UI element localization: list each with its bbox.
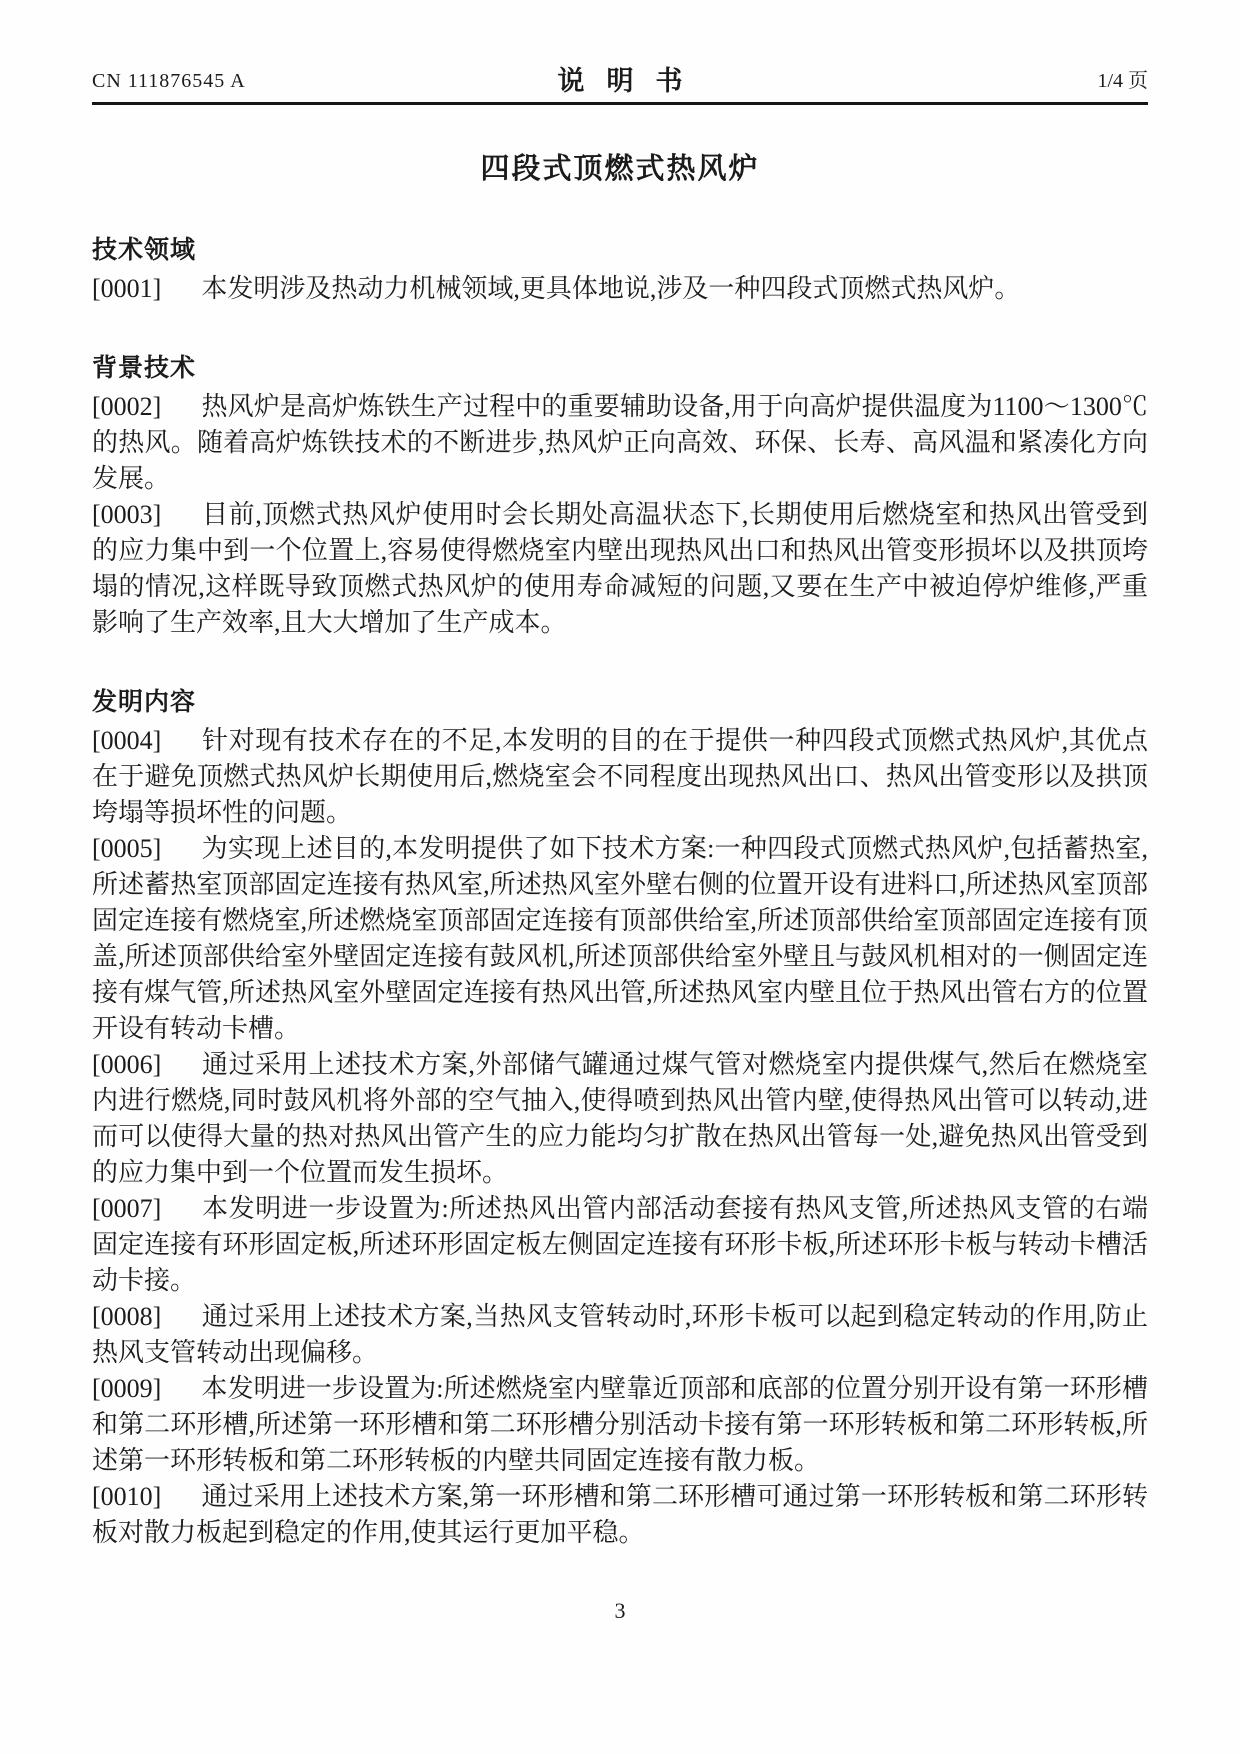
paragraph-0010: [0010]通过采用上述技术方案,第一环形槽和第二环形槽可通过第一环形转板和第二… <box>92 1479 1148 1551</box>
paragraph-text: 通过采用上述技术方案,当热风支管转动时,环形卡板可以起到稳定转动的作用,防止热风… <box>92 1302 1148 1367</box>
paragraph-number: [0006] <box>92 1050 161 1079</box>
paragraph-number: [0002] <box>92 392 161 421</box>
page-number: 3 <box>0 1598 1240 1624</box>
paragraph-0009: [0009]本发明进一步设置为:所述燃烧室内壁靠近顶部和底部的位置分别开设有第一… <box>92 1371 1148 1479</box>
section-heading-technical-field: 技术领域 <box>92 235 1148 265</box>
publication-number: CN 111876545 A <box>92 70 246 93</box>
paragraph-text: 通过采用上述技术方案,外部储气罐通过煤气管对燃烧室内提供煤气,然后在燃烧室内进行… <box>92 1050 1148 1187</box>
patent-title: 四段式顶燃式热风炉 <box>92 149 1148 189</box>
paragraph-0002: [0002]热风炉是高炉炼铁生产过程中的重要辅助设备,用于向高炉提供温度为110… <box>92 389 1148 497</box>
paragraph-text: 本发明进一步设置为:所述燃烧室内壁靠近顶部和底部的位置分别开设有第一环形槽和第二… <box>92 1374 1148 1475</box>
paragraph-number: [0010] <box>92 1482 161 1511</box>
paragraph-number: [0009] <box>92 1374 161 1403</box>
paragraph-number: [0001] <box>92 274 161 303</box>
paragraph-text: 热风炉是高炉炼铁生产过程中的重要辅助设备,用于向高炉提供温度为1100～1300… <box>92 392 1148 493</box>
section-heading-background-art: 背景技术 <box>92 353 1148 383</box>
paragraph-number: [0004] <box>92 726 161 755</box>
paragraph-0003: [0003]目前,顶燃式热风炉使用时会长期处高温状态下,长期使用后燃烧室和热风出… <box>92 497 1148 641</box>
paragraph-text: 本发明涉及热动力机械领域,更具体地说,涉及一种四段式顶燃式热风炉。 <box>201 274 1020 303</box>
paragraph-text: 通过采用上述技术方案,第一环形槽和第二环形槽可通过第一环形转板和第二环形转板对散… <box>92 1482 1148 1547</box>
paragraph-0001: [0001]本发明涉及热动力机械领域,更具体地说,涉及一种四段式顶燃式热风炉。 <box>92 271 1148 307</box>
paragraph-0007: [0007]本发明进一步设置为:所述热风出管内部活动套接有热风支管,所述热风支管… <box>92 1191 1148 1299</box>
paragraph-number: [0008] <box>92 1302 161 1331</box>
page-indicator: 1/4 页 <box>1097 64 1148 93</box>
page-header: CN 111876545 A 说明书 1/4 页 <box>92 64 1148 105</box>
paragraph-0004: [0004]针对现有技术存在的不足,本发明的目的在于提供一种四段式顶燃式热风炉,… <box>92 723 1148 831</box>
paragraph-0005: [0005]为实现上述目的,本发明提供了如下技术方案:一种四段式顶燃式热风炉,包… <box>92 831 1148 1047</box>
paragraph-0008: [0008]通过采用上述技术方案,当热风支管转动时,环形卡板可以起到稳定转动的作… <box>92 1299 1148 1371</box>
patent-document-page: CN 111876545 A 说明书 1/4 页 四段式顶燃式热风炉 技术领域 … <box>0 0 1240 1754</box>
paragraph-text: 针对现有技术存在的不足,本发明的目的在于提供一种四段式顶燃式热风炉,其优点在于避… <box>92 726 1148 827</box>
paragraph-text: 目前,顶燃式热风炉使用时会长期处高温状态下,长期使用后燃烧室和热风出管受到的应力… <box>92 500 1148 637</box>
paragraph-text: 本发明进一步设置为:所述热风出管内部活动套接有热风支管,所述热风支管的右端固定连… <box>92 1194 1148 1295</box>
section-heading-summary-of-invention: 发明内容 <box>92 687 1148 717</box>
paragraph-0006: [0006]通过采用上述技术方案,外部储气罐通过煤气管对燃烧室内提供煤气,然后在… <box>92 1047 1148 1191</box>
paragraph-number: [0003] <box>92 500 161 529</box>
paragraph-number: [0005] <box>92 834 161 863</box>
paragraph-text: 为实现上述目的,本发明提供了如下技术方案:一种四段式顶燃式热风炉,包括蓄热室,所… <box>92 834 1148 1043</box>
paragraph-number: [0007] <box>92 1194 161 1223</box>
document-type-label: 说明书 <box>558 59 705 98</box>
